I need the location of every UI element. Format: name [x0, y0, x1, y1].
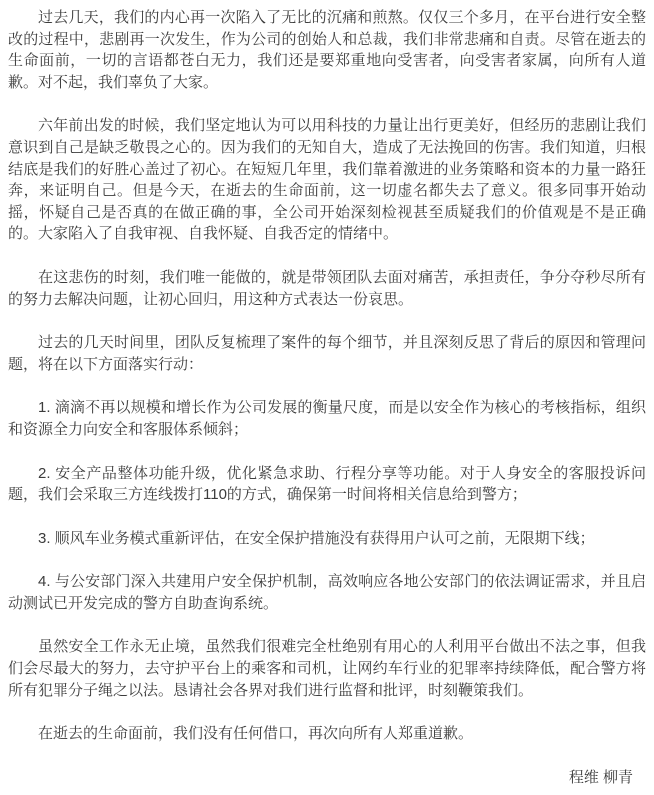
paragraph-reflection: 六年前出发的时候，我们坚定地认为可以用科技的力量让出行更美好，但经历的悲剧让我们… — [8, 115, 646, 245]
apology-letter-document: 过去几天，我们的内心再一次陷入了无比的沉痛和煎熬。仅仅三个多月，在平台进行安全整… — [0, 0, 654, 795]
action-item-4: 4. 与公安部门深入共建用户安全保护机制，高效响应各地公安部门的依法调证需求，并… — [8, 571, 646, 614]
action-item-3: 3. 顺风车业务模式重新评估，在安全保护措施没有获得用户认可之前，无限期下线； — [8, 528, 646, 550]
paragraph-responsibility: 在这悲伤的时刻，我们唯一能做的，就是带领团队去面对痛苦，承担责任，争分夺秒尽所有… — [8, 267, 646, 310]
paragraph-commitment: 虽然安全工作永无止境，虽然我们很难完全杜绝别有用心的人利用平台做出不法之事，但我… — [8, 636, 646, 701]
action-item-2: 2. 安全产品整体功能升级，优化紧急求助、行程分享等功能。对于人身安全的客服投诉… — [8, 463, 646, 506]
action-item-1: 1. 滴滴不再以规模和增长作为公司发展的衡量尺度，而是以安全作为核心的考核指标，… — [8, 397, 646, 440]
paragraph-intro-apology: 过去几天，我们的内心再一次陷入了无比的沉痛和煎熬。仅仅三个多月，在平台进行安全整… — [8, 7, 646, 93]
signature-founders: 程维 柳青 — [8, 767, 646, 789]
paragraph-closing-apology: 在逝去的生命面前，我们没有任何借口，再次向所有人郑重道歉。 — [8, 723, 646, 745]
paragraph-actions-lead-in: 过去的几天时间里，团队反复梳理了案件的每个细节，并且深刻反思了背后的原因和管理问… — [8, 332, 646, 375]
